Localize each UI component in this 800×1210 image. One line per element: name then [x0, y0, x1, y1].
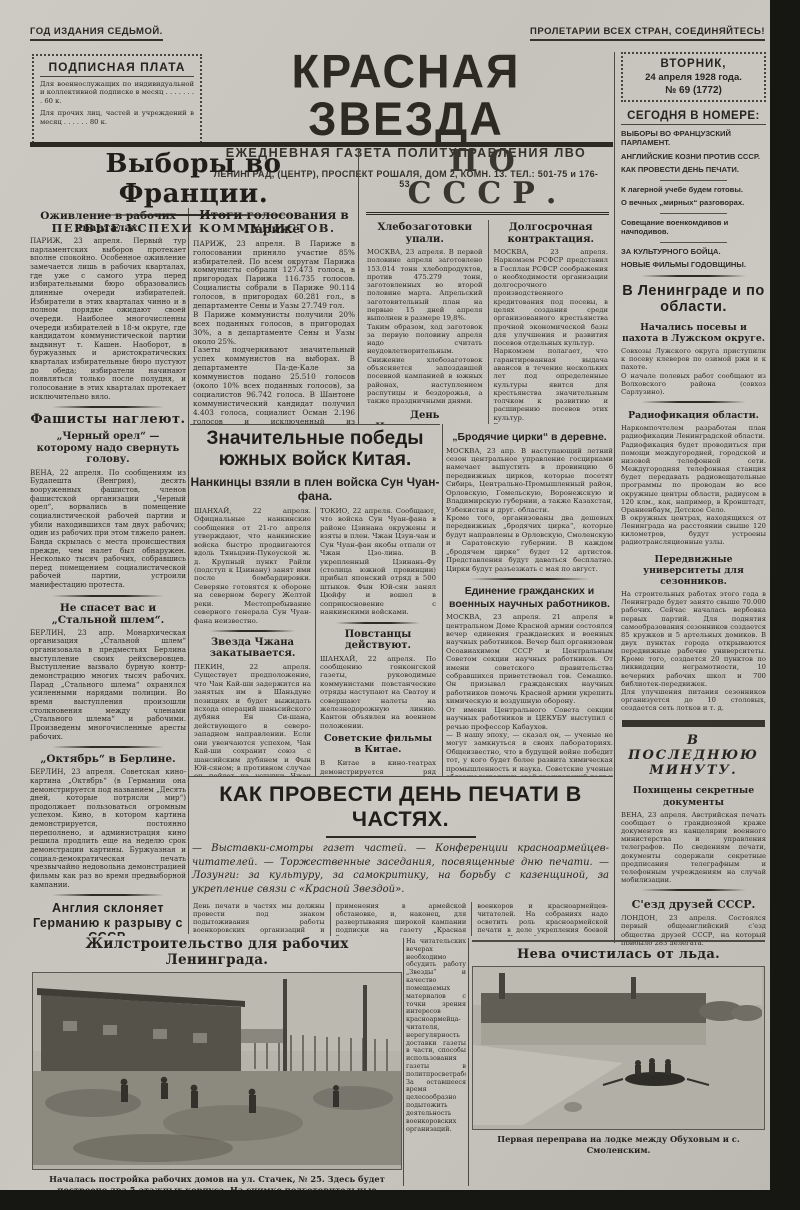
newspaper-scan: { "page": { "edition": "ГОД ИЗДАНИЯ СЕДЬ…	[0, 0, 800, 1210]
separator	[52, 894, 164, 896]
article-subtitle: „Черный орел“ — которому надо свернуть г…	[30, 431, 186, 466]
article-title: Радиофикация области.	[621, 410, 766, 421]
newspaper-page: ГОД ИЗДАНИЯ СЕДЬМОЙ. ПРОЛЕТАРИИ ВСЕХ СТР…	[0, 0, 770, 1190]
mid-right-column: „Бродячие цирки“ в деревне. МОСКВА, 23 а…	[446, 428, 613, 776]
slogan-line: ПРОЛЕТАРИИ ВСЕХ СТРАН, СОЕДИНЯЙТЕСЬ!	[530, 26, 765, 41]
construction-photo	[32, 972, 402, 1170]
press-day-section: КАК ПРОВЕСТИ ДЕНЬ ПЕЧАТИ В ЧАСТЯХ. — Выс…	[188, 776, 613, 936]
separator	[52, 595, 164, 597]
right-column: ВТОРНИК, 24 апреля 1928 года. № 69 (1772…	[621, 52, 766, 945]
today-item: ЗА КУЛЬТУРНОГО БОЙЦА.	[621, 247, 766, 256]
article-body: МОСКВА, 23 апр. В наступающий летний сез…	[446, 447, 613, 573]
today-item: ВЫБОРЫ ВО ФРАНЦУЗСКИЙ ПАРЛАМЕНТ.	[621, 129, 766, 148]
article-universities: Передвижные университеты для сезонников.…	[621, 554, 766, 713]
article-title: Фашисты наглеют.	[30, 413, 186, 428]
article-title: Оживление в рабочих кварталах.	[30, 210, 186, 234]
article-body: ВЕНА, 23 апреля. Австрийская печать сооб…	[621, 811, 766, 884]
left-column: Оживление в рабочих кварталах. ПАРИЖ, 23…	[30, 208, 186, 936]
ussr-col-2: Долгосрочная контрактация. МОСКВА, 23 ап…	[488, 220, 614, 424]
divider	[660, 242, 727, 243]
article-body: Наркомпочтелем разработан план радиофика…	[621, 424, 766, 546]
neva-photo	[472, 966, 765, 1130]
article-body: МОСКВА, 23 апреля. Наркомзем РСФСР предс…	[494, 248, 609, 424]
photo-title: Жилстроительство для рабочих Ленинграда.	[32, 936, 402, 968]
continuation-column: На читательских вечерах необходимо обсуд…	[406, 938, 466, 1188]
construction-photo-image	[33, 973, 401, 1165]
paris-results-column: Итоги голосования в Париже. ПАРИЖ, 23 ап…	[193, 208, 355, 424]
article-title: Передвижные университеты для сезонников.	[621, 554, 766, 587]
separator	[336, 622, 420, 624]
article-body: ТОКИО, 22 апреля. Сообщают, что войска С…	[320, 507, 436, 616]
press-day-col-3: военкоров и красноармейцев-читателей. На…	[471, 902, 613, 936]
separator	[326, 836, 476, 838]
headline: Выборы во Франции.	[30, 149, 357, 209]
housing-photo-block: Жилстроительство для рабочих Ленинграда.	[32, 936, 402, 1190]
article-title: Не спасет вас и „Стальной шлем“.	[30, 602, 186, 626]
article-body: БЕРЛИН, 23 апр. Монархическая организаци…	[30, 629, 186, 741]
article-title: Советские фильмы в Китае.	[320, 734, 436, 756]
issue-number: № 69 (1772)	[627, 85, 760, 96]
issue-date: 24 апреля 1928 года.	[627, 72, 760, 83]
subscription-line-1: Для военнослужащих по индивидуальной и к…	[40, 80, 194, 105]
article-title: Итоги голосования в Париже.	[193, 208, 355, 237]
article-october-berlin: „Октябрь“ в Берлине. БЕРЛИН, 23 апреля. …	[30, 753, 186, 889]
column-rule	[403, 938, 404, 1186]
article-title: День Интернационала празднуется 2 дня.	[367, 410, 483, 424]
leningrad-section-header: В Ленинграде и по области.	[621, 283, 766, 315]
article-body: ПЕКИН, 22 апреля. Существует предположен…	[194, 663, 311, 776]
article-fascists: Фашисты наглеют. „Черный орел“ — котором…	[30, 413, 186, 589]
photo-caption: Первая переправа на лодке между Обуховым…	[472, 1134, 765, 1156]
article-title: Повстанцы действуют.	[320, 629, 436, 652]
press-day-col-2: применения в армейской обстановке, и, на…	[330, 902, 472, 936]
article-title: Начались посевы и пахота в Лужском округ…	[621, 322, 766, 344]
china-col-left: ШАНХАЙ, 22 апреля. Официальные нанкински…	[190, 507, 315, 776]
article-radio: Радиофикация области. Наркомпочтелем раз…	[621, 410, 766, 547]
article-sowing: Начались посевы и пахота в Лужском округ…	[621, 322, 766, 396]
press-day-headline: КАК ПРОВЕСТИ ДЕНЬ ПЕЧАТИ В ЧАСТЯХ.	[188, 782, 613, 832]
issue-weekday: ВТОРНИК,	[627, 58, 760, 70]
article-body: На строительных работах этого года в Лен…	[621, 590, 766, 712]
article-body: В Китае в кино-театрах демонстрируется р…	[320, 759, 436, 776]
separator	[641, 275, 745, 277]
subscription-line-2: Для прочих лиц, частей и учреждений в ме…	[40, 109, 194, 126]
china-subhead: Нанкинцы взяли в плен войска Сун Чуан-фа…	[190, 475, 440, 503]
separator	[52, 406, 164, 408]
neva-photo-image	[473, 967, 762, 1125]
divider	[660, 180, 727, 181]
today-item: АНГЛИЙСКИЕ КОЗНИ ПРОТИВ СССР.	[621, 152, 766, 161]
article-body: МОСКВА, 23 апреля. 21 апреля в центральн…	[446, 613, 613, 776]
separator	[641, 889, 745, 891]
neva-photo-block: Нева очистилась от льда.	[472, 940, 765, 1156]
subscription-box: ПОДПИСНАЯ ПЛАТА Для военнослужащих по ин…	[32, 54, 202, 146]
article-body: БЕРЛИН, 23 апреля. Советская кино-картин…	[30, 768, 186, 889]
ussr-col-1: Хлебозаготовки упали. МОСКВА, 23 апреля.…	[362, 220, 488, 424]
article-title: Хлебозаготовки упали.	[367, 222, 483, 245]
article-workers-quarters: Оживление в рабочих кварталах. ПАРИЖ, 23…	[30, 210, 186, 401]
article-body: ШАНХАЙ, 22 апреля. По сообщению гонконгс…	[320, 655, 436, 731]
today-item: Совещание военкомдивов и начподивов.	[621, 218, 766, 237]
column-rule	[614, 52, 615, 943]
column-rule	[468, 938, 469, 1186]
press-day-deck: — Выставки-смотры газет частей. — Конфер…	[188, 842, 613, 896]
article-title: С'езд друзей СССР.	[621, 898, 766, 911]
today-item: К лагерной учебе будем готовы.	[621, 185, 766, 194]
china-section: Значительные победы южных войск Китая. Н…	[190, 424, 440, 776]
today-item: НОВЫЕ ФИЛЬМЫ ГОДОВЩИНЫ.	[621, 260, 766, 269]
today-in-issue-title: СЕГОДНЯ В НОМЕРЕ:	[621, 110, 766, 125]
separator	[641, 401, 745, 403]
article-title: Единение гражданских и военных научных р…	[446, 585, 613, 610]
article-friends-congress: С'езд друзей СССР. ЛОНДОН, 23 апреля. Со…	[621, 898, 766, 945]
article-england-germany: Англия склоняет Германию к разрыву с ССС…	[30, 901, 186, 936]
ussr-section: ПО СССР. Хлебозаготовки упали. МОСКВА, 2…	[362, 146, 613, 424]
article-title: „Октябрь“ в Берлине.	[30, 753, 186, 765]
press-day-continuation: На читательских вечерах необходимо обсуд…	[406, 938, 466, 1133]
china-columns: ШАНХАЙ, 22 апреля. Официальные нанкински…	[190, 507, 440, 776]
separator	[469, 578, 589, 580]
china-headline: Значительные победы южных войск Китая.	[190, 429, 440, 470]
article-steel-helmet: Не спасет вас и „Стальной шлем“. БЕРЛИН,…	[30, 602, 186, 741]
article-body: МОСКВА, 23 апреля. В первой половине апр…	[367, 248, 483, 405]
article-body: ШАНХАЙ, 22 апреля. Официальные нанкински…	[194, 507, 311, 625]
ussr-section-header: ПО СССР.	[366, 146, 609, 215]
photo-title: Нева очистилась от льда.	[472, 947, 765, 962]
article-body: ПАРИЖ, 23 апреля. Первый тур парламентск…	[30, 237, 186, 401]
article-title: „Бродячие цирки“ в деревне.	[446, 431, 613, 444]
top-bar: ГОД ИЗДАНИЯ СЕДЬМОЙ. ПРОЛЕТАРИИ ВСЕХ СТР…	[30, 26, 765, 41]
photo-caption: Началась постройка рабочих домов на ул. …	[32, 1174, 402, 1190]
section-bar	[622, 720, 765, 727]
article-title: Похищены секретные документы	[621, 785, 766, 807]
article-title: Долгосрочная контрактация.	[494, 222, 609, 245]
article-title: Звезда Чжана закатывается.	[194, 637, 311, 660]
separator	[210, 630, 294, 632]
article-secret-documents: Похищены секретные документы ВЕНА, 23 ап…	[621, 785, 766, 884]
separator	[52, 746, 164, 748]
today-item: КАК ПРОВЕСТИ ДЕНЬ ПЕЧАТИ.	[621, 165, 766, 174]
press-day-col-1: День печати в частях мы должны провести …	[188, 902, 330, 936]
article-body: ПАРИЖ, 23 апреля. В Париже в голосовании…	[193, 240, 355, 424]
divider	[660, 213, 727, 214]
article-body: Совхозы Лужского округа приступили к пос…	[621, 347, 766, 396]
issue-box: ВТОРНИК, 24 апреля 1928 года. № 69 (1772…	[621, 52, 766, 102]
last-minute-header: В ПОСЛЕДНЮЮ МИНУТУ.	[621, 733, 766, 778]
article-body: ВЕНА, 22 апреля. По сообщениям из Будапе…	[30, 469, 186, 590]
column-rule	[442, 424, 443, 776]
subscription-title: ПОДПИСНАЯ ПЛАТА	[40, 60, 194, 77]
article-title: Англия склоняет Германию к разрыву с ССС…	[30, 901, 186, 936]
press-day-columns: День печати в частях мы должны провести …	[188, 902, 613, 936]
column-rule	[358, 148, 359, 424]
edition-line: ГОД ИЗДАНИЯ СЕДЬМОЙ.	[30, 26, 163, 41]
newspaper-title: КРАСНАЯ ЗВЕЗДА	[208, 48, 604, 143]
china-col-right: ТОКИО, 22 апреля. Сообщают, что войска С…	[315, 507, 440, 776]
today-item: О вечных „мирных“ разговорах.	[621, 198, 766, 207]
ussr-columns: Хлебозаготовки упали. МОСКВА, 23 апреля.…	[362, 220, 613, 424]
